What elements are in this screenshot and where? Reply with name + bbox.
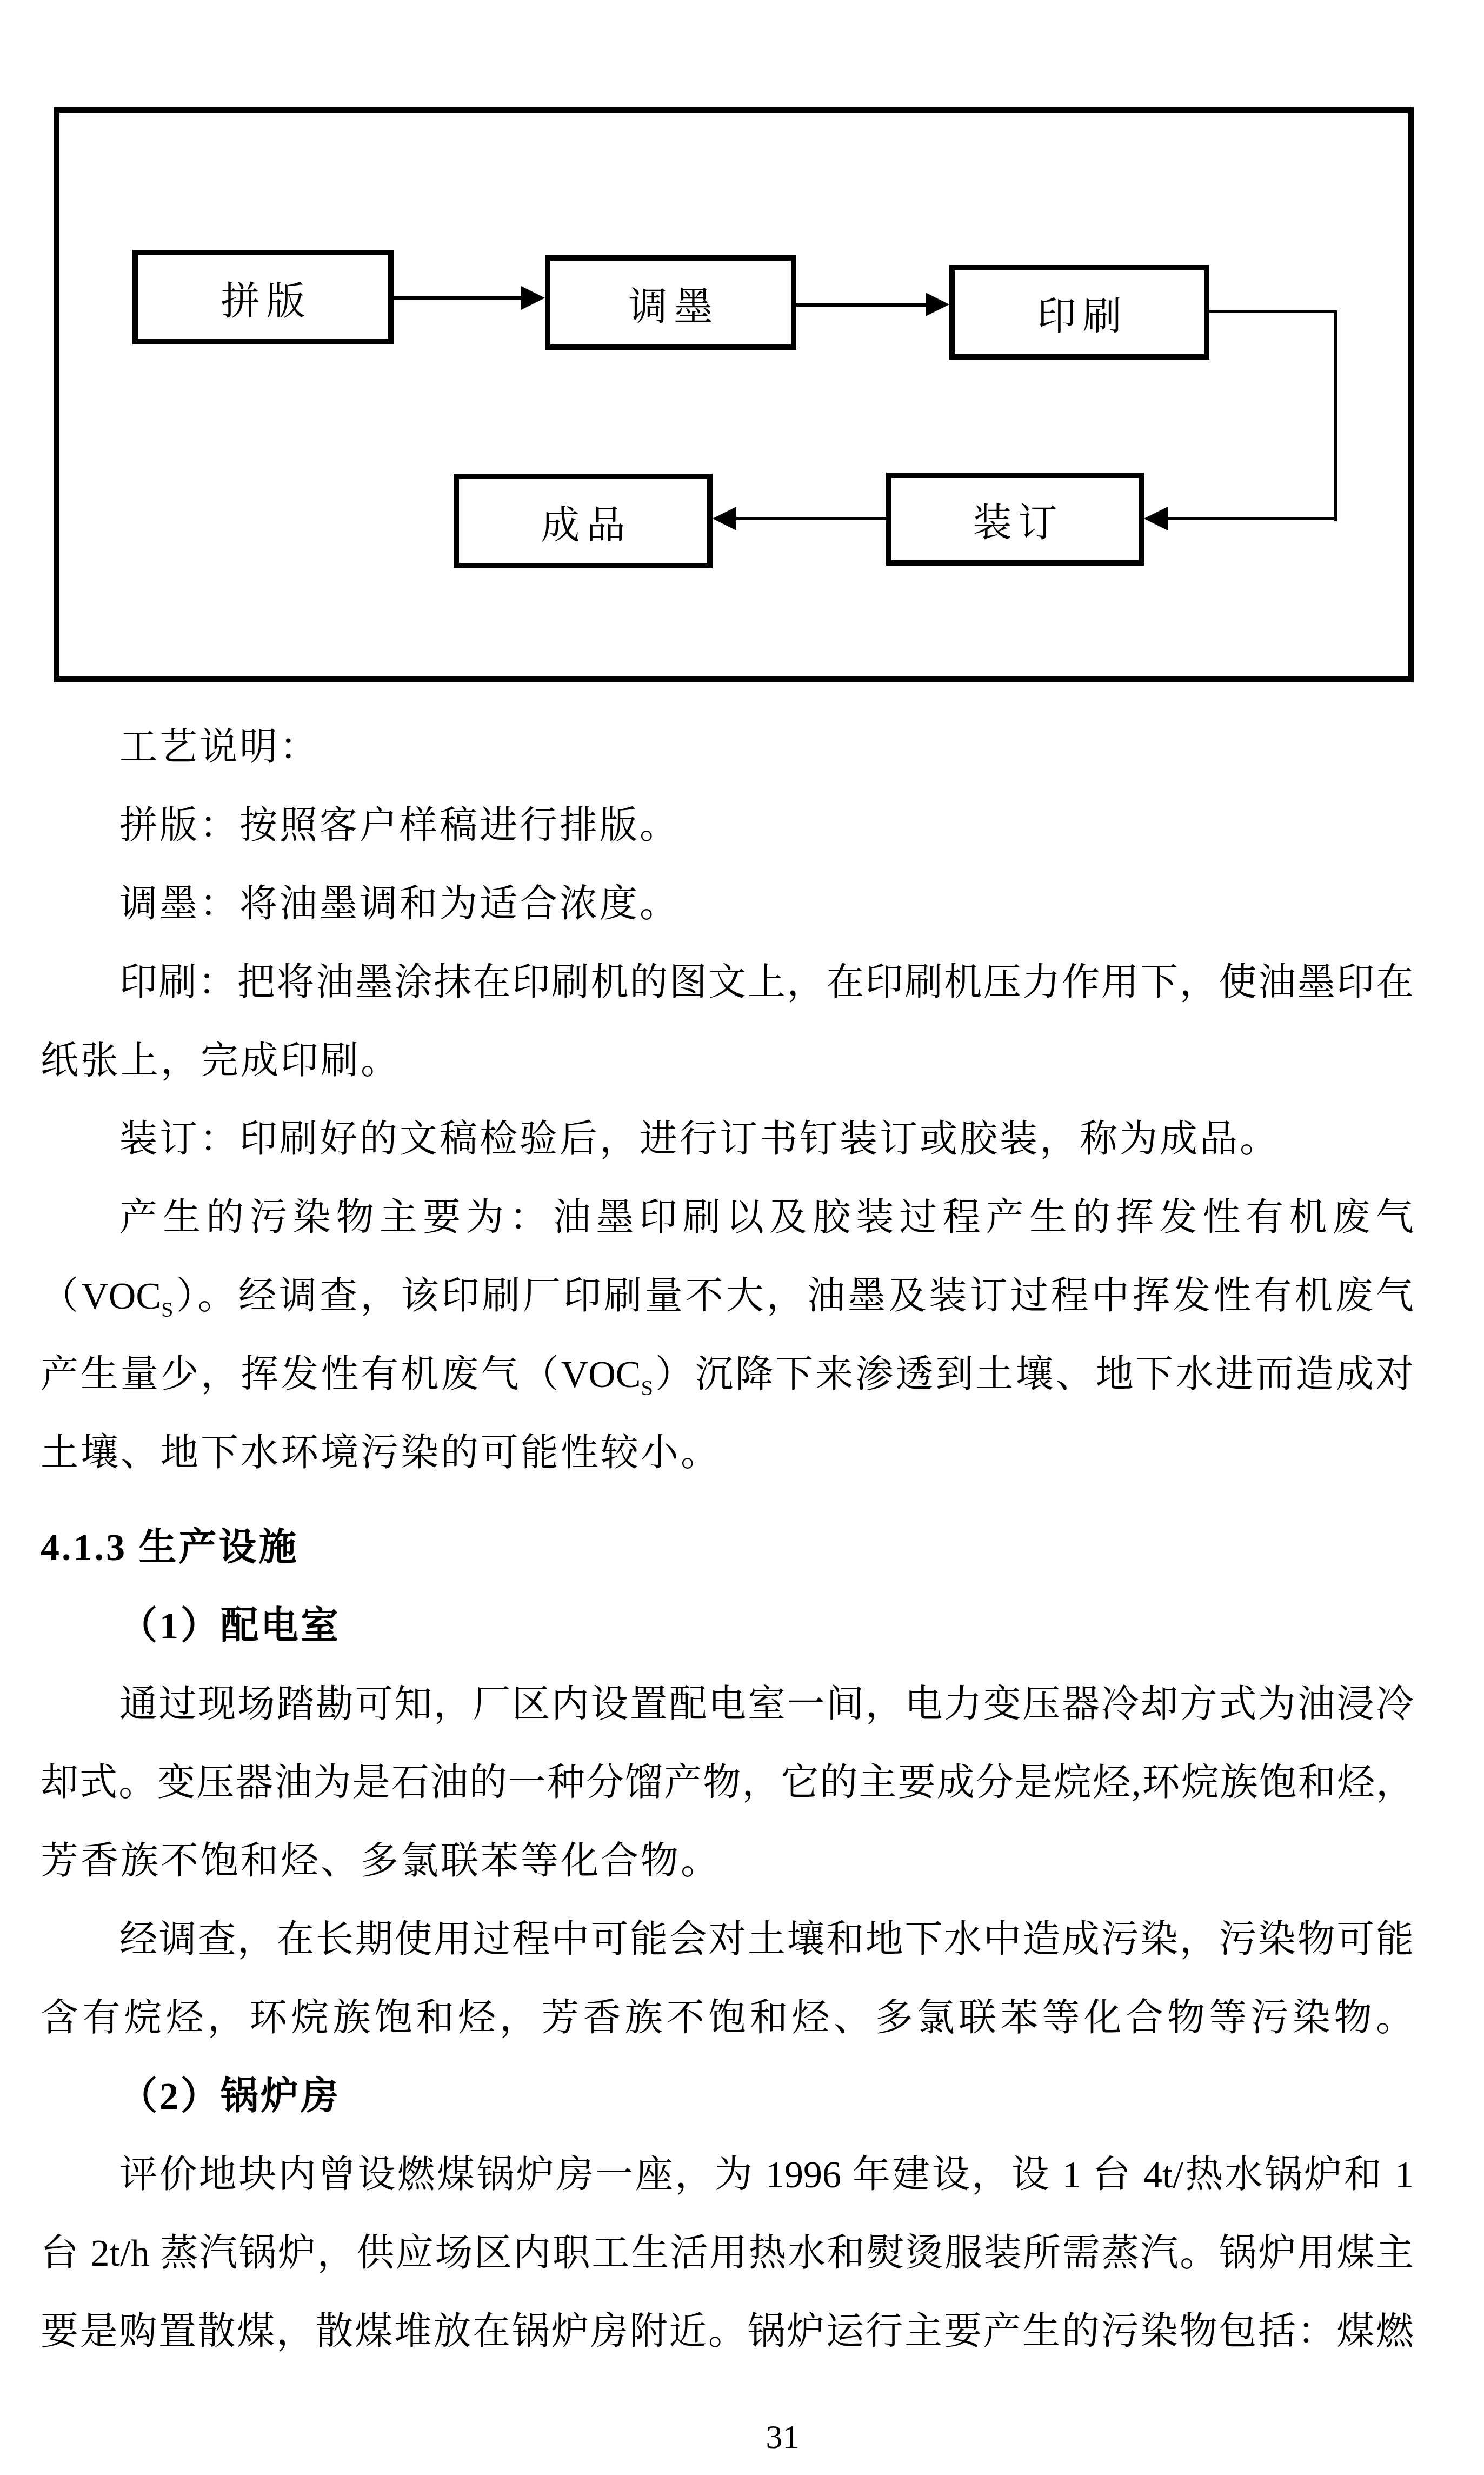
text-line: 却式。变压器油为是石油的一种分馏产物，它的主要成分是烷烃,环烷族饱和烃， [41,1744,1414,1822]
text-run: （2）锅炉房 [119,2076,341,2118]
text-line: 调墨：将油墨调和为适合浓度。 [41,865,1414,944]
text-line: 土壤、地下水环境污染的可能性较小。 [41,1414,1414,1492]
flow-node-chengpin: 成品 [454,474,713,568]
text-run: 经调查，在长期使用过程中可能会对土壤和地下水中造成污染，污染物可能 [119,1919,1414,1961]
flow-node-yinshua: 印刷 [949,265,1209,360]
text-line: 产生的污染物主要为：油墨印刷以及胶装过程产生的挥发性有机废气 [41,1179,1414,1257]
flow-connector-horizontal-icon [1209,310,1337,313]
text-line: 要是购置散煤，散煤堆放在锅炉房附近。锅炉运行主要产生的污染物包括：煤燃 [41,2293,1414,2371]
text-line: 台 2t/h 蒸汽锅炉，供应场区内职工生活用热水和熨烫服装所需蒸汽。锅炉用煤主 [41,2214,1414,2293]
flow-connector-vertical-icon [1334,310,1337,521]
text-line: 含有烷烃，环烷族饱和烃，芳香族不饱和烃、多氯联苯等化合物等污染物。 [41,1979,1414,2058]
text-line: 纸张上，完成印刷。 [41,1022,1414,1100]
flow-node-label: 印刷 [1030,284,1128,341]
subscript-text: S [161,1297,174,1322]
flow-node-pinban: 拼版 [132,250,394,344]
text-run: 评价地块内曾设燃煤锅炉房一座，为 1996 年建设，设 1 台 4t/热水锅炉和… [119,2154,1414,2196]
flow-node-zhuangding: 装订 [886,473,1144,566]
text-run: 台 2t/h 蒸汽锅炉，供应场区内职工生活用热水和熨烫服装所需蒸汽。锅炉用煤主 [41,2233,1414,2274]
document-page: 拼版 调墨 印刷 装订 成品 工艺说明：拼版：按照客户样稿进行排版。调墨：将油墨… [0,0,1484,2475]
flow-node-tiaomo: 调墨 [545,255,796,350]
text-line: 通过现场踏勘可知，厂区内设置配电室一间，电力变压器冷却方式为油浸冷 [41,1666,1414,1744]
text-run: 却式。变压器油为是石油的一种分馏产物，它的主要成分是烷烃,环烷族饱和烃， [41,1762,1414,1804]
text-line: 装订：印刷好的文稿检验后，进行订书钉装订或胶装，称为成品。 [41,1100,1414,1179]
subscript-text: S [641,1376,653,1400]
text-line: （VOCS）。经调查，该印刷厂印刷量不大，油墨及装订过程中挥发性有机废气 [41,1257,1414,1336]
text-line: 评价地块内曾设燃煤锅炉房一座，为 1996 年建设，设 1 台 4t/热水锅炉和… [41,2136,1414,2214]
text-line: 4.1.3 生产设施 [41,1509,1414,1587]
page-number: 31 [0,2413,1484,2461]
text-run: 装订：印刷好的文稿检验后，进行订书钉装订或胶装，称为成品。 [119,1119,1280,1160]
text-run: ）。经调查，该印刷厂印刷量不大，油墨及装订过程中挥发性有机废气 [174,1276,1414,1317]
flow-node-label: 装订 [966,491,1063,547]
text-line: （1）配电室 [41,1587,1414,1666]
text-run: 印刷：把将油墨涂抹在印刷机的图文上，在印刷机压力作用下，使油墨印在 [119,962,1414,1004]
text-line: 经调查，在长期使用过程中可能会对土壤和地下水中造成污染，污染物可能 [41,1901,1414,1979]
arrow-right-icon [521,286,545,310]
arrow-left-icon [713,507,736,530]
text-run: （VOC [41,1276,161,1317]
text-run: （1）配电室 [119,1605,341,1647]
text-run: 通过现场踏勘可知，厂区内设置配电室一间，电力变压器冷却方式为油浸冷 [119,1684,1414,1726]
flow-arrow-shaft-icon [796,303,926,307]
process-flowchart: 拼版 调墨 印刷 装订 成品 [54,107,1414,682]
text-run: 土壤、地下水环境污染的可能性较小。 [41,1432,721,1474]
text-run: 4.1.3 生产设施 [41,1527,299,1569]
text-line: 印刷：把将油墨涂抹在印刷机的图文上，在印刷机压力作用下，使油墨印在 [41,944,1414,1022]
flow-arrow-shaft-icon [736,517,886,520]
flow-node-label: 拼版 [214,269,311,326]
text-run: 工艺说明： [119,727,320,768]
text-line: 拼版：按照客户样稿进行排版。 [41,787,1414,865]
body-text: 工艺说明：拼版：按照客户样稿进行排版。调墨：将油墨调和为适合浓度。印刷：把将油墨… [41,708,1414,2371]
text-run: 产生量少，挥发性有机废气（VOC [41,1354,641,1396]
text-run: 拼版：按照客户样稿进行排版。 [119,805,680,847]
flow-arrow-shaft-icon [394,296,521,300]
text-run: 含有烷烃，环烷族饱和烃，芳香族不饱和烃、多氯联苯等化合物等污染物。 [41,1998,1414,2039]
arrow-right-icon [926,293,949,316]
text-line: 工艺说明： [41,708,1414,787]
text-run: 芳香族不饱和烃、多氯联苯等化合物。 [41,1841,721,1882]
text-run: 调墨：将油墨调和为适合浓度。 [119,884,680,925]
flow-node-label: 成品 [534,493,631,549]
text-line: 芳香族不饱和烃、多氯联苯等化合物。 [41,1822,1414,1901]
flow-arrow-shaft-icon [1168,517,1337,520]
text-run: 要是购置散煤，散煤堆放在锅炉房附近。锅炉运行主要产生的污染物包括：煤燃 [41,2311,1414,2353]
text-line: 产生量少，挥发性有机废气（VOCS）沉降下来渗透到土壤、地下水进而造成对 [41,1336,1414,1414]
text-run: ）沉降下来渗透到土壤、地下水进而造成对 [653,1354,1414,1396]
text-run: 产生的污染物主要为：油墨印刷以及胶装过程产生的挥发性有机废气 [119,1197,1414,1239]
text-run: 纸张上，完成印刷。 [41,1040,401,1082]
arrow-left-icon [1144,507,1168,530]
flow-node-label: 调墨 [622,275,719,331]
text-line: （2）锅炉房 [41,2058,1414,2136]
